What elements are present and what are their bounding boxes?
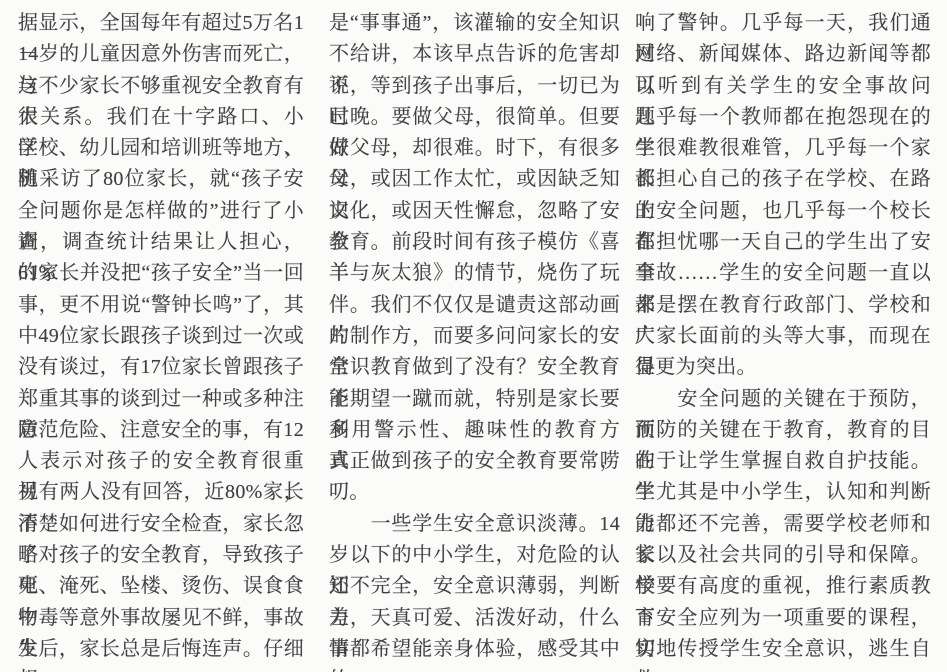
text-line: 安全问题的关键在于预防，而 xyxy=(635,384,931,415)
text-line: 差，天真可爱、活泼好动，什么事 xyxy=(329,603,620,634)
text-line: 利用警示性、趣味性的教育方式， xyxy=(329,415,620,446)
text-line: 事，更不用说“警钟长鸣”了，其 xyxy=(18,290,304,321)
text-line: 实地传授学生安全意识，逃生自救 xyxy=(635,634,931,665)
text-line: 14岁的儿童因意外伤害而死亡，这 xyxy=(18,39,304,70)
text-line: 还不完全，安全意识薄弱，判断力 xyxy=(329,571,620,602)
text-line: 死、淹死、坠楼、烫伤、误食食物 xyxy=(18,571,304,602)
text-line: 大家长面前的头等大事，而现在显 xyxy=(635,321,931,352)
text-line: 长以及社会共同的引导和保障。学 xyxy=(635,540,931,571)
text-line: 与不少家长不够重视安全教育有很 xyxy=(18,71,304,102)
text-line: 清楚如何进行安全检查，家长忽略 xyxy=(18,509,304,540)
text-line: 的制作方，而要多问问家长的安全 xyxy=(329,321,620,352)
text-line: 的安全问题，也几乎每一个校长都 xyxy=(635,196,931,227)
text-line: 了对孩子的安全教育，导致孩子电 xyxy=(18,540,304,571)
text-line: 力都还不完善，需要学校老师和家 xyxy=(635,509,931,540)
text-line: 在于让学生掌握自救自护技能。学 xyxy=(635,446,931,477)
text-line: 生后，家长总是后悔连声。仔细想 xyxy=(18,634,304,665)
text-line: 生尤其是中小学生，认知和判断能 xyxy=(635,477,931,508)
text-line: 下安全应列为一项重要的课程，切 xyxy=(635,603,931,634)
text-column-right: 响了警钟。几乎每一天，我们通过网络、新闻媒体、路边新闻等都可以听到有关学生的安全… xyxy=(635,8,931,665)
text-column-middle: 是“事事通”，该灌输的安全知识不给讲，本该早点告诉的危害却不说，等到孩子出事后，… xyxy=(329,8,620,665)
text-line: 学校、幼儿园和培训班等地方，随 xyxy=(18,133,304,164)
text-line: 已晚。要做父母，很简单。但要做 xyxy=(329,102,620,133)
text-line: 几乎每一个教师都在抱怨现在的学 xyxy=(635,102,931,133)
text-line: 得更为突出。 xyxy=(635,352,931,383)
text-line: 预防的关键在于教育，教育的目的 xyxy=(635,415,931,446)
document-page: 据显示，全国每年有超过5万名1－14岁的儿童因意外伤害而死亡，这与不少家长不够重… xyxy=(0,0,947,672)
text-line: 说，等到孩子出事后，一切已为时 xyxy=(329,71,620,102)
text-line: 都是摆在教育行政部门、学校和广 xyxy=(635,290,931,321)
text-line: 郑重其事的谈到过一种或多种注意 xyxy=(18,384,304,415)
text-line: 教育。前段时间有孩子模仿《喜羊 xyxy=(329,227,620,258)
text-line: 全问题你是怎样做的”进行了小调 xyxy=(18,196,304,227)
text-line: 的家长并没把“孩子安全”当一回 xyxy=(18,258,304,289)
text-line: 响了警钟。几乎每一天，我们通过 xyxy=(635,8,931,39)
text-line: 情都希望能亲身体验，感受其中的 xyxy=(329,634,620,665)
text-line: 文化，或因天性懈怠，忽略了安全 xyxy=(329,196,620,227)
text-line: 常识教育做到了没有？安全教育不 xyxy=(329,352,620,383)
text-line: 中49位家长跟孩子谈到过一次或 xyxy=(18,321,304,352)
text-line: 查，调查统计结果让人担心，61% xyxy=(18,227,304,258)
text-line: 真正做到孩子的安全教育要常唠 xyxy=(329,446,620,477)
text-column-left: 据显示，全国每年有超过5万名1－14岁的儿童因意外伤害而死亡，这与不少家长不够重… xyxy=(18,8,304,665)
text-line: 好父母，却很难。时下，有很多父 xyxy=(329,133,620,164)
text-line: 机采访了80位家长，就“孩子安 xyxy=(18,164,304,195)
text-line: 防范危险、注意安全的事，有12 xyxy=(18,415,304,446)
text-line: 不给讲，本该早点告诉的危害却不 xyxy=(329,39,620,70)
text-line: 校要有高度的重视，推行素质教育 xyxy=(635,571,931,602)
text-line: 伴。我们不仅仅是谴责这部动画片 xyxy=(329,290,620,321)
text-line: 岁以下的中小学生，对危险的认知 xyxy=(329,540,620,571)
text-line: 没有谈过，有17位家长曾跟孩子 xyxy=(18,352,304,383)
text-line: 大关系。我们在十字路口、小区、 xyxy=(18,102,304,133)
text-line: 叨。 xyxy=(329,477,620,508)
text-line: 另有两人没有回答，近80%家长不 xyxy=(18,477,304,508)
text-line: 都担心自己的孩子在学校、在路上 xyxy=(635,164,931,195)
text-line: 中毒等意外事故屡见不鲜，事故发 xyxy=(18,603,304,634)
text-line: 生很难教很难管，几乎每一个家长 xyxy=(635,133,931,164)
text-line: 羊与灰太狼》的情节，烧伤了玩 xyxy=(329,258,620,289)
text-line: 母，或因工作太忙，或因缺乏知识 xyxy=(329,164,620,195)
text-line: 能期望一蹴而就，特别是家长要多 xyxy=(329,384,620,415)
text-line: 是“事事通”，该灌输的安全知识 xyxy=(329,8,620,39)
text-line: 以听到有关学生的安全事故问题， xyxy=(635,71,931,102)
text-line: 人表示对孩子的安全教育很重视， xyxy=(18,446,304,477)
text-line: 事故……学生的安全问题一直以来 xyxy=(635,258,931,289)
text-line: 一些学生安全意识淡薄。14 xyxy=(329,509,620,540)
text-line: 在担忧哪一天自己的学生出了安全 xyxy=(635,227,931,258)
text-line: 据显示，全国每年有超过5万名1－ xyxy=(18,8,304,39)
text-line: 网络、新闻媒体、路边新闻等都可 xyxy=(635,39,931,70)
